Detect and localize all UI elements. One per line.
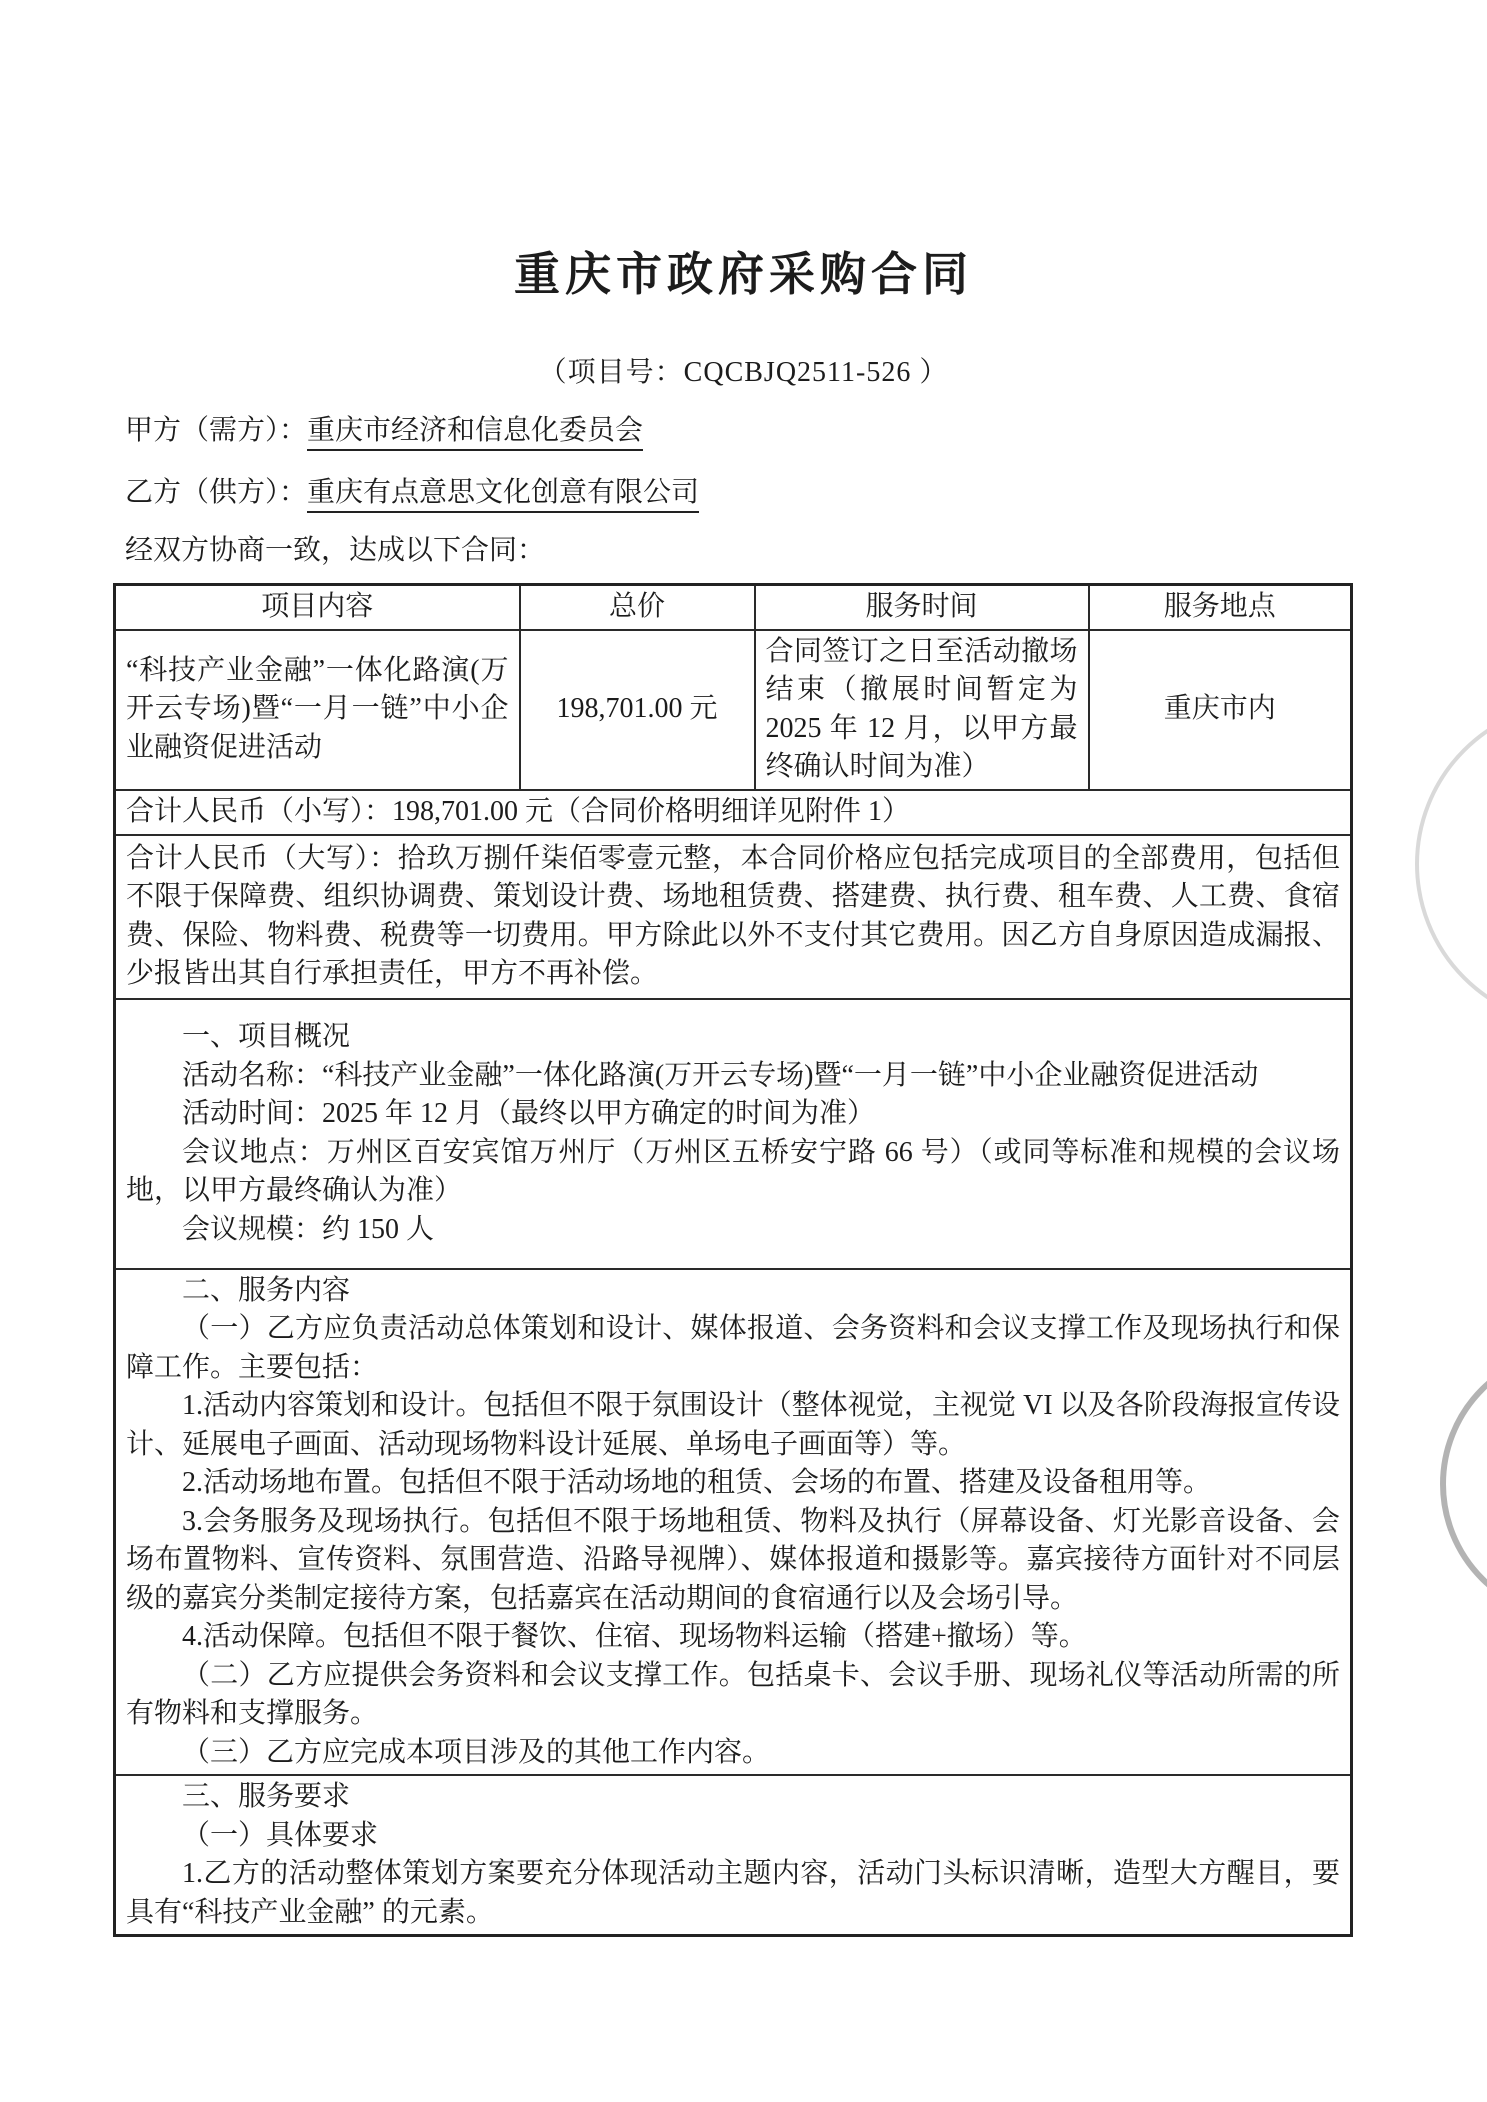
seal-arc-icon: [1415, 701, 1487, 1027]
paragraph: 2.活动场地布置。包括但不限于活动场地的租赁、会场的布置、搭建及设备租用等。: [126, 1464, 1340, 1503]
seal-arc-icon: [1440, 1347, 1487, 1621]
party-b-label: 乙方（供方）：: [125, 477, 307, 508]
paragraph: （一）具体要求: [126, 1817, 1340, 1856]
total-price-cell: 198,701.00 元: [520, 630, 755, 790]
paragraph: 会议地点：万州区百安宾馆万州厅（万州区五桥安宁路 66 号）（或同等标准和规模的…: [126, 1134, 1340, 1211]
column-header-price: 总价: [520, 585, 755, 630]
column-header-time: 服务时间: [755, 585, 1089, 630]
total-lowercase-row: 合计人民币（小写）：198,701.00 元（合同价格明细详见附件 1）: [115, 790, 1352, 835]
section-heading: 一、项目概况: [126, 1018, 1340, 1057]
section-heading: 三、服务要求: [126, 1778, 1340, 1817]
paragraph: 1.活动内容策划和设计。包括但不限于氛围设计（整体视觉，主视觉 VI 以及各阶段…: [126, 1387, 1340, 1464]
section-service-content: 二、服务内容 （一）乙方应负责活动总体策划和设计、媒体报道、会务资料和会议支撑工…: [115, 1269, 1352, 1776]
paragraph: 1.乙方的活动整体策划方案要充分体现活动主题内容，活动门头标识清晰，造型大方醒目…: [126, 1855, 1340, 1932]
paragraph: 活动名称：“科技产业金融”一体化路演(万开云专场)暨“一月一链”中小企业融资促进…: [126, 1057, 1340, 1096]
party-b-value: 重庆有点意思文化创意有限公司: [307, 477, 699, 513]
document-title: 重庆市政府采购合同: [0, 238, 1487, 304]
party-a-value: 重庆市经济和信息化委员会: [307, 415, 643, 451]
party-a-row: 甲方（需方）：重庆市经济和信息化委员会: [125, 414, 1377, 448]
total-uppercase-row: 合计人民币（大写）：拾玖万捌仟柒佰零壹元整，本合同价格应包括完成项目的全部费用，…: [115, 835, 1352, 999]
table-header-row: 项目内容 总价 服务时间 服务地点: [115, 585, 1352, 630]
column-header-location: 服务地点: [1089, 585, 1352, 630]
party-b-row: 乙方（供方）：重庆有点意思文化创意有限公司: [125, 476, 1377, 510]
contract-page: 重庆市政府采购合同 （项目号：CQCBJQ2511-526 ） 甲方（需方）：重…: [0, 0, 1487, 2102]
section-project-overview: 一、项目概况 活动名称：“科技产业金融”一体化路演(万开云专场)暨“一月一链”中…: [115, 999, 1352, 1269]
paragraph: （二）乙方应提供会务资料和会议支撑工作。包括桌卡、会议手册、现场礼仪等活动所需的…: [126, 1657, 1340, 1734]
project-content-cell: “科技产业金融”一体化路演(万开云专场)暨“一月一链”中小企业融资促进活动: [115, 630, 520, 790]
total-lowercase-cell: 合计人民币（小写）：198,701.00 元（合同价格明细详见附件 1）: [115, 790, 1352, 835]
total-uppercase-cell: 合计人民币（大写）：拾玖万捌仟柒佰零壹元整，本合同价格应包括完成项目的全部费用，…: [115, 835, 1352, 999]
section-heading: 二、服务内容: [126, 1272, 1340, 1311]
service-time-cell: 合同签订之日至活动撤场结束（撤展时间暂定为 2025 年 12 月，以甲方最终确…: [755, 630, 1089, 790]
column-header-content: 项目内容: [115, 585, 520, 630]
paragraph: （一）乙方应负责活动总体策划和设计、媒体报道、会务资料和会议支撑工作及现场执行和…: [126, 1310, 1340, 1387]
project-number: （项目号：CQCBJQ2511-526 ）: [0, 350, 1487, 390]
section-service-requirements: 三、服务要求 （一）具体要求 1.乙方的活动整体策划方案要充分体现活动主题内容，…: [115, 1775, 1352, 1936]
table-row: “科技产业金融”一体化路演(万开云专场)暨“一月一链”中小企业融资促进活动 19…: [115, 630, 1352, 790]
contract-table: 项目内容 总价 服务时间 服务地点 “科技产业金融”一体化路演(万开云专场)暨“…: [113, 583, 1353, 1937]
agreement-intro: 经双方协商一致，达成以下合同：: [125, 534, 1377, 568]
service-location-cell: 重庆市内: [1089, 630, 1352, 790]
paragraph: 4.活动保障。包括但不限于餐饮、住宿、现场物料运输（搭建+撤场）等。: [126, 1618, 1340, 1657]
paragraph: 3.会务服务及现场执行。包括但不限于场地租赁、物料及执行（屏幕设备、灯光影音设备…: [126, 1503, 1340, 1619]
party-a-label: 甲方（需方）：: [125, 415, 307, 446]
paragraph: 活动时间：2025 年 12 月（最终以甲方确定的时间为准）: [126, 1095, 1340, 1134]
paragraph: 会议规模：约 150 人: [126, 1211, 1340, 1250]
paragraph: （三）乙方应完成本项目涉及的其他工作内容。: [126, 1734, 1340, 1773]
